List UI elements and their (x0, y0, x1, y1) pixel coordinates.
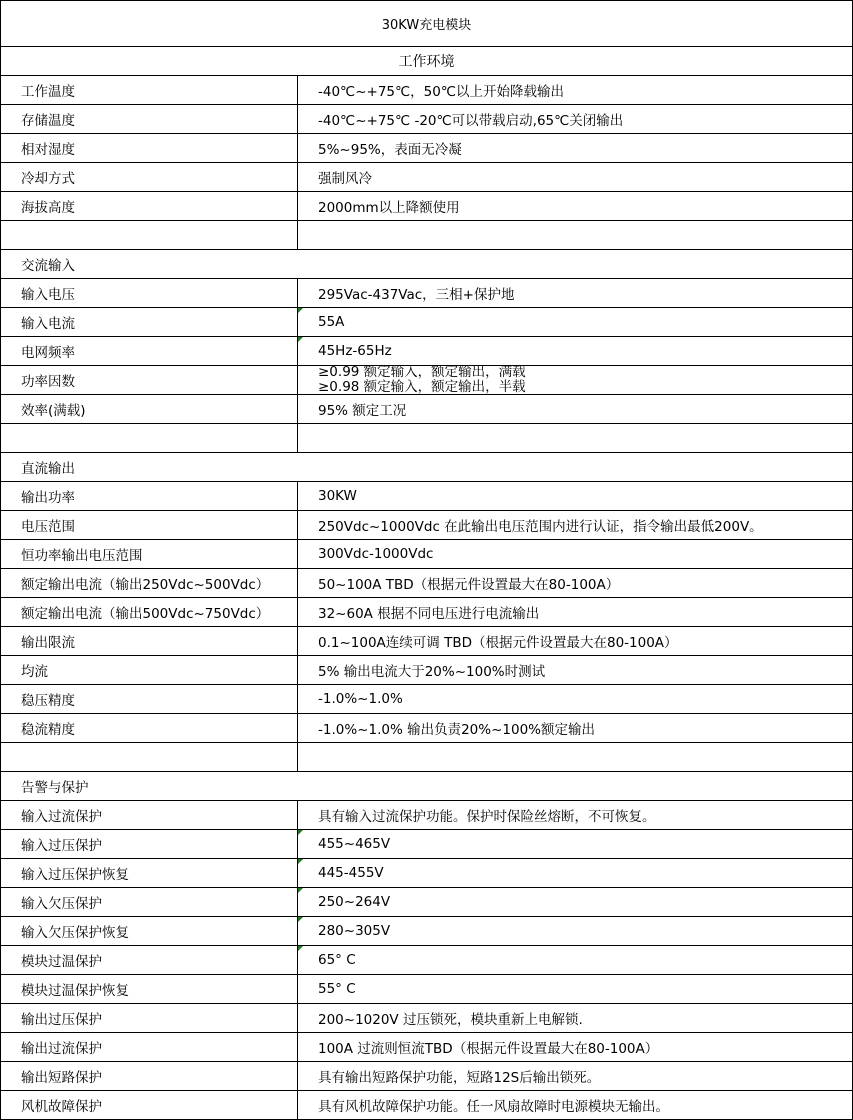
param-value-with-comment[interactable]: 455~465V (298, 830, 853, 859)
param-value[interactable]: 30KW (298, 482, 853, 511)
param-value[interactable]: 100A 过流则恒流TBD（根据元件设置最大在80-100A） (298, 1033, 853, 1062)
param-label[interactable]: 输入过压保护 (1, 830, 298, 859)
empty-row (1, 221, 853, 250)
param-value-text: 280~305V (318, 923, 390, 939)
param-label[interactable]: 相对湿度 (1, 134, 298, 163)
param-value[interactable]: 250Vdc~1000Vdc 在此输出电压范围内进行认证，指令输出最低200V。 (298, 511, 853, 540)
table-row: 输入过压保护 455~465V (1, 830, 853, 859)
param-label[interactable]: 功率因数 (1, 366, 298, 395)
table-row: 输入电流 55A (1, 308, 853, 337)
param-label[interactable]: 风机故障保护 (1, 1091, 298, 1120)
param-label[interactable]: 存储温度 (1, 105, 298, 134)
table-row: 输入过流保护 具有输入过流保护功能。保护时保险丝熔断，不可恢复。 (1, 801, 853, 830)
section-title[interactable]: 直流输出 (1, 453, 853, 482)
empty-cell[interactable] (1, 221, 298, 250)
table-row: 电压范围 250Vdc~1000Vdc 在此输出电压范围内进行认证，指令输出最低… (1, 511, 853, 540)
table-row: 效率(满载) 95% 额定工况 (1, 395, 853, 424)
param-value[interactable]: -1.0%~1.0% (298, 685, 853, 714)
table-row: 额定输出电流（输出500Vdc~750Vdc） 32~60A 根据不同电压进行电… (1, 598, 853, 627)
table-row: 输入电压 295Vac-437Vac，三相+保护地 (1, 279, 853, 308)
param-value[interactable]: 200~1020V 过压锁死，模块重新上电解锁. (298, 1004, 853, 1033)
table-row: 风机故障保护 具有风机故障保护功能。任一风扇故障时电源模块无输出。 (1, 1091, 853, 1120)
param-label[interactable]: 效率(满载) (1, 395, 298, 424)
param-value-text: 455~465V (318, 836, 390, 852)
param-value[interactable]: 2000mm以上降额使用 (298, 192, 853, 221)
table-row: 恒功率输出电压范围 300Vdc-1000Vdc (1, 540, 853, 569)
comment-marker-icon[interactable] (298, 946, 303, 951)
param-value-text: 45Hz-65Hz (318, 343, 392, 359)
param-label[interactable]: 输出短路保护 (1, 1062, 298, 1091)
table-row: 输出过流保护 100A 过流则恒流TBD（根据元件设置最大在80-100A） (1, 1033, 853, 1062)
param-label[interactable]: 输入欠压保护恢复 (1, 917, 298, 946)
param-label[interactable]: 输出过流保护 (1, 1033, 298, 1062)
param-label[interactable]: 额定输出电流（输出250Vdc~500Vdc） (1, 569, 298, 598)
empty-row (1, 743, 853, 772)
param-value-line-2: ≥0.98 额定输入，额定输出，半载 (318, 380, 852, 394)
empty-cell[interactable] (298, 424, 853, 453)
section-header-dc-output: 直流输出 (1, 453, 853, 482)
param-value-with-comment[interactable]: 250~264V (298, 888, 853, 917)
param-value-with-comment[interactable]: 445-455V (298, 859, 853, 888)
section-header-environment: 工作环境 (1, 47, 853, 76)
table-row: 输入欠压保护 250~264V (1, 888, 853, 917)
table-row: 存储温度 -40℃~+75℃ -20℃可以带载启动,65℃关闭输出 (1, 105, 853, 134)
param-value-multiline[interactable]: ≥0.99 额定输入，额定输出，满载 ≥0.98 额定输入，额定输出，半载 (298, 366, 853, 395)
param-label[interactable]: 输出限流 (1, 627, 298, 656)
spec-table: 30KW充电模块 工作环境 工作温度 -40℃~+75℃，50℃以上开始降载输出… (0, 0, 853, 1120)
table-row: 相对湿度 5%~95%，表面无冷凝 (1, 134, 853, 163)
param-value[interactable]: 50~100A TBD（根据元件设置最大在80-100A） (298, 569, 853, 598)
table-row: 工作温度 -40℃~+75℃，50℃以上开始降载输出 (1, 76, 853, 105)
param-label[interactable]: 恒功率输出电压范围 (1, 540, 298, 569)
param-value[interactable]: 5% 输出电流大于20%~100%时测试 (298, 656, 853, 685)
table-row: 稳流精度 -1.0%~1.0% 输出负责20%~100%额定输出 (1, 714, 853, 743)
table-row: 输出过压保护 200~1020V 过压锁死，模块重新上电解锁. (1, 1004, 853, 1033)
table-row: 输入欠压保护恢复 280~305V (1, 917, 853, 946)
param-label[interactable]: 均流 (1, 656, 298, 685)
param-label[interactable]: 电压范围 (1, 511, 298, 540)
param-value-text: 55A (318, 314, 344, 330)
table-row: 模块过温保护恢复 55° C (1, 975, 853, 1004)
param-value[interactable]: 具有风机故障保护功能。任一风扇故障时电源模块无输出。 (298, 1091, 853, 1120)
comment-marker-icon[interactable] (298, 830, 303, 835)
table-row: 均流 5% 输出电流大于20%~100%时测试 (1, 656, 853, 685)
param-label[interactable]: 输入欠压保护 (1, 888, 298, 917)
table-row: 输出短路保护 具有输出短路保护功能，短路12S后输出锁死。 (1, 1062, 853, 1091)
clipped-text: ≥0.99 额定输入，额定输出，满载 ≥0.98 额定输入，额定输出，半载 (318, 366, 852, 394)
param-label[interactable]: 输出功率 (1, 482, 298, 511)
empty-cell[interactable] (298, 743, 853, 772)
param-value[interactable]: 0.1~100A连续可调 TBD（根据元件设置最大在80-100A） (298, 627, 853, 656)
empty-cell[interactable] (1, 424, 298, 453)
param-value[interactable]: 强制风冷 (298, 163, 853, 192)
param-label[interactable]: 海拔高度 (1, 192, 298, 221)
comment-marker-icon[interactable] (298, 308, 303, 313)
table-row: 稳压精度 -1.0%~1.0% (1, 685, 853, 714)
param-label[interactable]: 输入电压 (1, 279, 298, 308)
param-label[interactable]: 稳流精度 (1, 714, 298, 743)
spec-sheet: 30KW充电模块 工作环境 工作温度 -40℃~+75℃，50℃以上开始降载输出… (0, 0, 853, 1120)
param-value[interactable]: -1.0%~1.0% 输出负责20%~100%额定输出 (298, 714, 853, 743)
empty-row (1, 424, 853, 453)
param-label[interactable]: 工作温度 (1, 76, 298, 105)
param-value-line-1: ≥0.99 额定输入，额定输出，满载 (318, 366, 852, 380)
param-label[interactable]: 模块过温保护恢复 (1, 975, 298, 1004)
param-label[interactable]: 冷却方式 (1, 163, 298, 192)
param-value-text: 250~264V (318, 894, 390, 910)
section-title[interactable]: 交流输入 (1, 250, 853, 279)
table-row: 冷却方式 强制风冷 (1, 163, 853, 192)
param-label[interactable]: 输出过压保护 (1, 1004, 298, 1033)
param-value[interactable]: 295Vac-437Vac，三相+保护地 (298, 279, 853, 308)
param-value[interactable]: 5%~95%，表面无冷凝 (298, 134, 853, 163)
table-row: 模块过温保护 65° C (1, 946, 853, 975)
param-value[interactable]: 55° C (298, 975, 853, 1004)
param-value-with-comment[interactable]: 65° C (298, 946, 853, 975)
param-label[interactable]: 输入过流保护 (1, 801, 298, 830)
table-row: 输出限流 0.1~100A连续可调 TBD（根据元件设置最大在80-100A） (1, 627, 853, 656)
param-value[interactable]: 300Vdc-1000Vdc (298, 540, 853, 569)
table-row: 输出功率 30KW (1, 482, 853, 511)
param-label[interactable]: 模块过温保护 (1, 946, 298, 975)
param-value-text: 445-455V (318, 865, 384, 881)
param-label[interactable]: 额定输出电流（输出500Vdc~750Vdc） (1, 598, 298, 627)
comment-marker-icon[interactable] (298, 859, 303, 864)
param-value-text: 65° C (318, 952, 356, 968)
section-title[interactable]: 告警与保护 (1, 772, 853, 801)
comment-marker-icon[interactable] (298, 888, 303, 893)
table-row: 电网频率 45Hz-65Hz (1, 337, 853, 366)
section-header-protection: 告警与保护 (1, 772, 853, 801)
table-row: 海拔高度 2000mm以上降额使用 (1, 192, 853, 221)
param-value[interactable]: 具有输入过流保护功能。保护时保险丝熔断，不可恢复。 (298, 801, 853, 830)
table-row: 功率因数 ≥0.99 额定输入，额定输出，满载 ≥0.98 额定输入，额定输出，… (1, 366, 853, 395)
param-label[interactable]: 输入电流 (1, 308, 298, 337)
param-value-with-comment[interactable]: 55A (298, 308, 853, 337)
param-value-with-comment[interactable]: 45Hz-65Hz (298, 337, 853, 366)
table-row: 输入过压保护恢复 445-455V (1, 859, 853, 888)
section-header-ac-input: 交流输入 (1, 250, 853, 279)
param-value[interactable]: -40℃~+75℃，50℃以上开始降载输出 (298, 76, 853, 105)
param-value[interactable]: -40℃~+75℃ -20℃可以带载启动,65℃关闭输出 (298, 105, 853, 134)
section-title[interactable]: 工作环境 (1, 47, 853, 76)
param-value[interactable]: 具有输出短路保护功能，短路12S后输出锁死。 (298, 1062, 853, 1091)
title-row: 30KW充电模块 (1, 1, 853, 47)
table-row: 额定输出电流（输出250Vdc~500Vdc） 50~100A TBD（根据元件… (1, 569, 853, 598)
param-label[interactable]: 输入过压保护恢复 (1, 859, 298, 888)
param-label[interactable]: 电网频率 (1, 337, 298, 366)
comment-marker-icon[interactable] (298, 337, 303, 342)
param-value-with-comment[interactable]: 280~305V (298, 917, 853, 946)
param-label[interactable]: 稳压精度 (1, 685, 298, 714)
document-title[interactable]: 30KW充电模块 (1, 1, 853, 47)
param-value[interactable]: 95% 额定工况 (298, 395, 853, 424)
comment-marker-icon[interactable] (298, 917, 303, 922)
param-value[interactable]: 32~60A 根据不同电压进行电流输出 (298, 598, 853, 627)
empty-cell[interactable] (298, 221, 853, 250)
empty-cell[interactable] (1, 743, 298, 772)
